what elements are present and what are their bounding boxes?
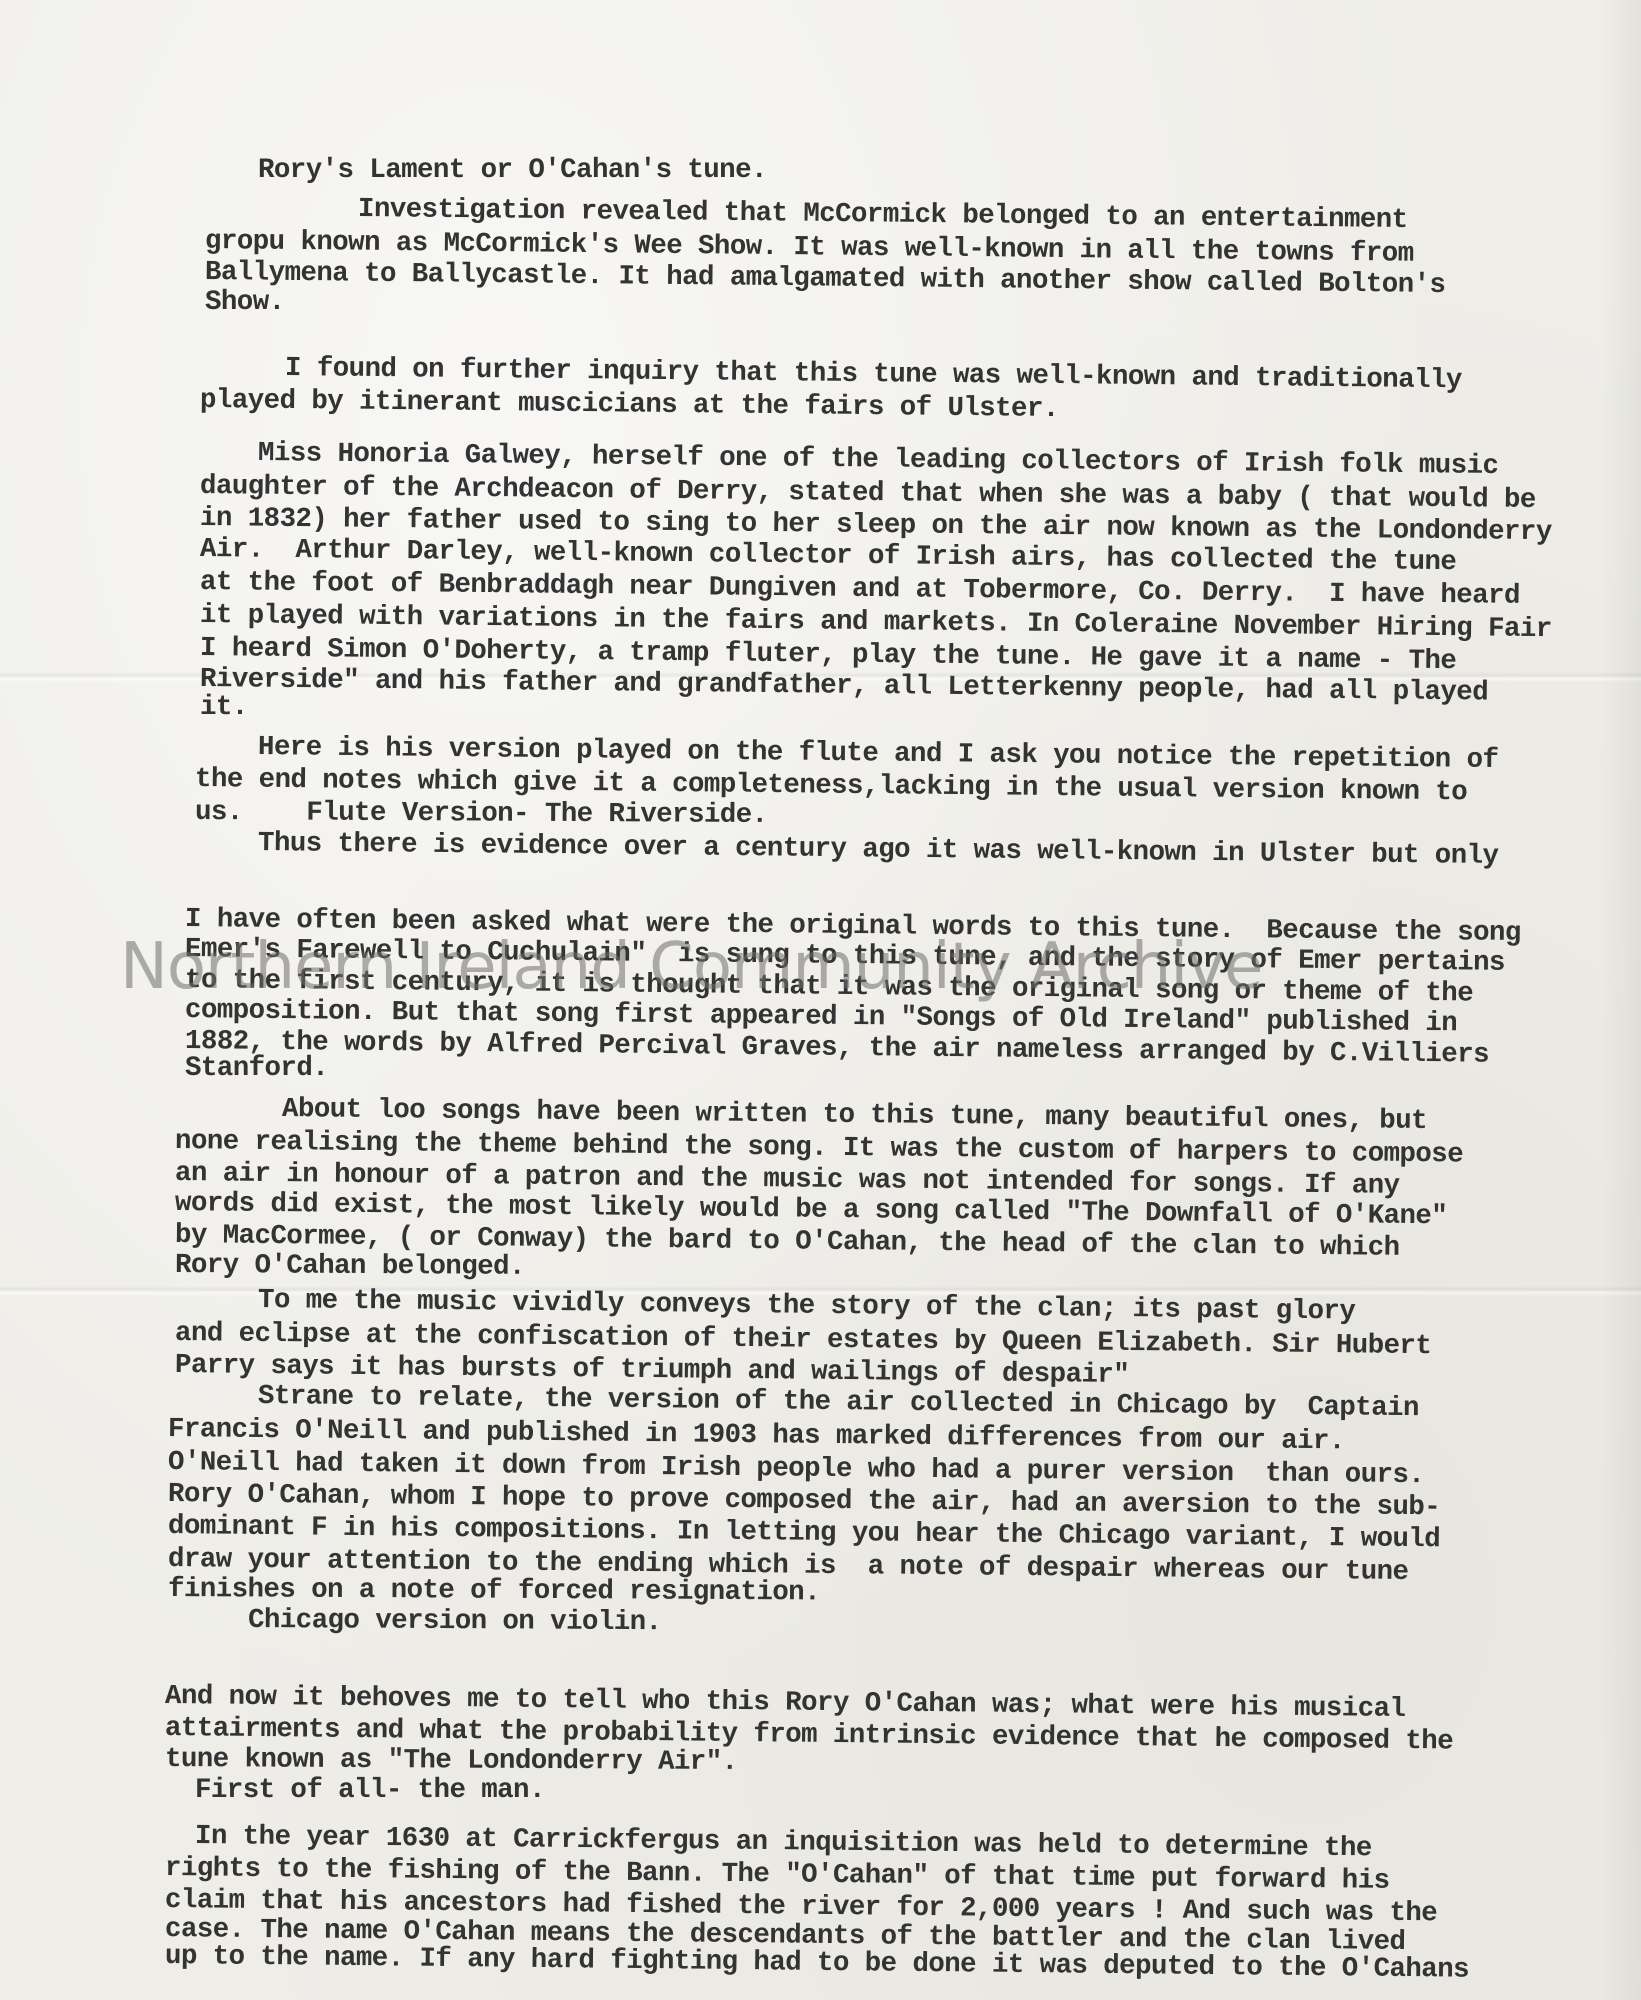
document-line: First of all- the man. [195, 1776, 545, 1806]
document-line: it. [200, 693, 248, 723]
document-line: us. Flute Version- The Riverside. [195, 798, 768, 831]
typed-document-page: Rory's Lament or O'Cahan's tune.Investig… [0, 0, 1641, 2000]
document-line: Chicago version on violin. [248, 1606, 662, 1638]
document-line: tune known as "The Londonderry Air". [165, 1745, 738, 1778]
document-line: Show. [205, 288, 285, 318]
document-line: Rory O'Cahan belonged. [175, 1251, 525, 1283]
paper-edge-shadow [1601, 0, 1641, 2000]
document-title: Rory's Lament or O'Cahan's tune. [258, 156, 767, 186]
document-line: finishes on a note of forced resignation… [168, 1575, 820, 1608]
document-line: Thus there is evidence over a century ag… [258, 829, 1499, 872]
document-line: played by itinerant muscicians at the fa… [200, 386, 1059, 425]
document-line: Stanford. [185, 1054, 328, 1084]
